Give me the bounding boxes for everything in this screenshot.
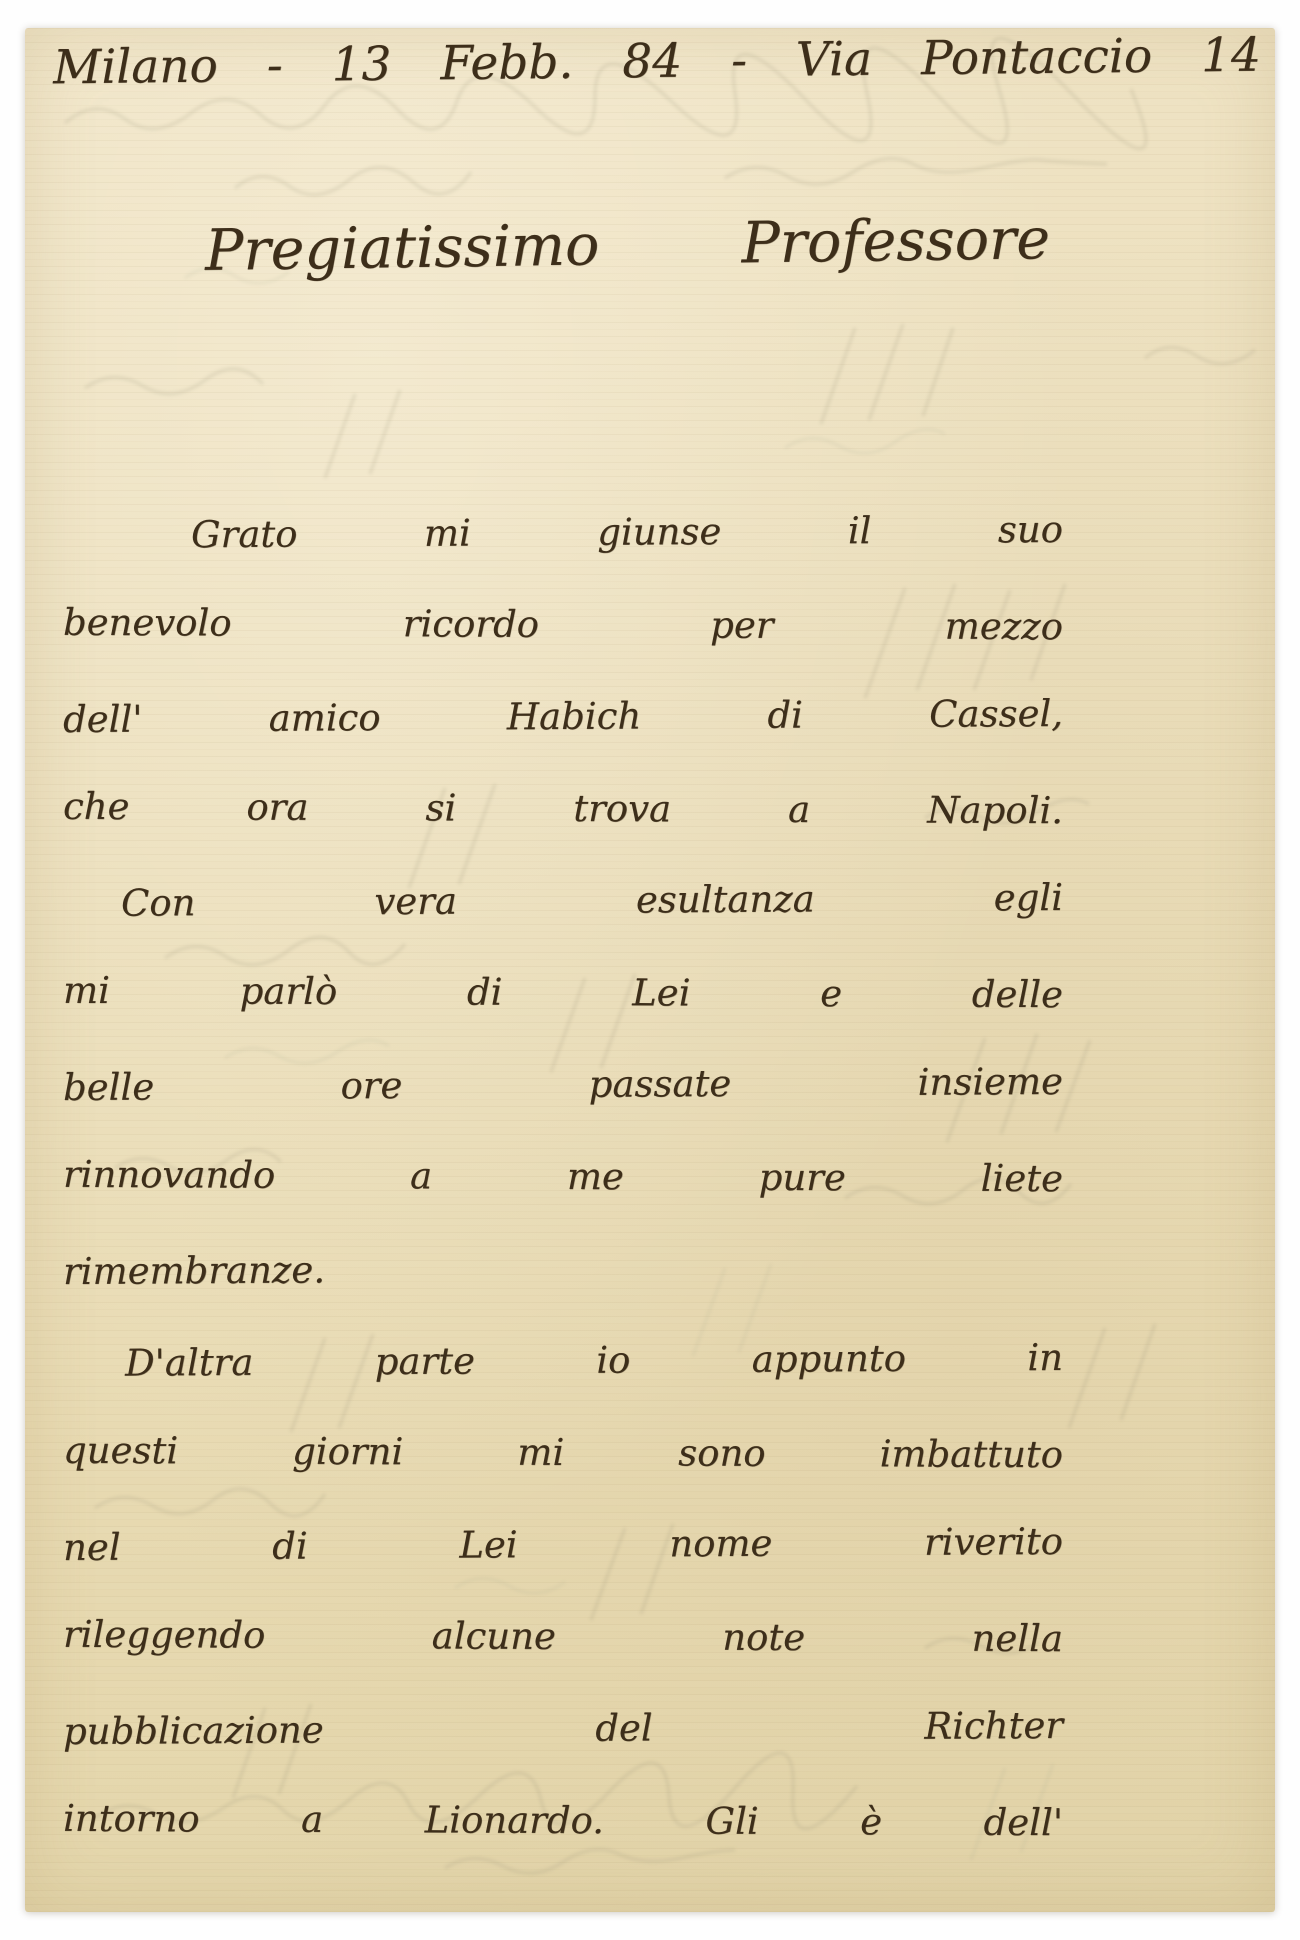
salutation-word: Professore [741,206,1050,276]
dateline-word: - [731,33,747,88]
handwritten-word: vera [374,879,457,923]
handwritten-word: giunse [597,510,721,554]
salutation-word: Pregiatissimo [205,212,600,283]
handwritten-word: riverito [924,1519,1063,1563]
handwritten-line: cheorasitrovaaNapoli. [63,760,1063,856]
handwritten-word: Grato [191,512,298,556]
handwritten-word: di [467,970,503,1013]
letter-salutation: PregiatissimoProfessore [205,206,1051,284]
letter-paragraph: Gratomigiunseilsuobenevoloricordopermezz… [63,486,1063,854]
handwritten-word: delle [972,972,1063,1015]
handwritten-line: benevoloricordopermezzo [63,576,1063,672]
letter-paragraph: D'altraparteioappuntoinquestigiornimison… [63,1314,1063,1866]
handwritten-word: Lei [632,971,690,1014]
handwritten-word: dell' [983,1800,1063,1843]
handwritten-word: pure [759,1155,846,1198]
handwritten-word: io [596,1338,630,1381]
handwritten-word: rileggendo [63,1612,265,1656]
dateline-word: - [266,38,282,93]
handwritten-word: ore [340,1063,402,1106]
handwritten-word: appunto [752,1336,906,1380]
handwritten-word: alcune [432,1614,556,1658]
handwritten-line: rinnovandoamepureliete [63,1128,1063,1224]
handwritten-word: di [272,1524,308,1567]
handwritten-word: si [425,786,456,829]
handwritten-word: pubblicazione [63,1708,324,1753]
handwritten-word: mezzo [945,604,1063,648]
handwritten-word: Napoli. [927,788,1063,832]
handwritten-line: questigiornimisonoimbattuto [63,1404,1063,1500]
handwritten-word: benevolo [63,600,232,644]
handwritten-word: dell' [63,697,143,740]
handwritten-word: note [722,1615,805,1658]
handwritten-word: intorno [63,1796,200,1840]
handwritten-line: neldiLeinomeriverito [63,1495,1064,1593]
letter-body: Gratomigiunseilsuobenevoloricordopermezz… [63,486,1063,1866]
handwritten-word: a [410,1154,432,1197]
handwritten-word: in [1027,1335,1063,1378]
handwritten-word: trova [573,787,671,830]
handwritten-word: nel [63,1525,121,1568]
handwritten-word: Richter [924,1703,1063,1747]
handwritten-word: belle [63,1065,154,1109]
letter-dateline: Milano-13Febb.84-ViaPontaccio14 [53,28,1262,96]
handwritten-word: amico [268,696,380,740]
dateline-word: Milano [53,39,218,96]
handwritten-word: parte [375,1339,475,1383]
dateline-word: Via [796,32,873,88]
handwritten-line: rileggendoalcunenotenella [63,1588,1063,1684]
dateline-word: 13 [331,37,391,93]
handwritten-word: Habich [507,694,642,738]
handwritten-word: mi [517,1430,564,1473]
handwritten-word: Lionardo. [425,1798,605,1842]
letter-paragraph: ConveraesultanzaeglimiparlòdiLeiedellebe… [63,854,1063,1314]
handwritten-line: belleorepassateinsieme [63,1035,1064,1133]
handwritten-word: Cassel, [929,691,1063,735]
handwritten-word: Gli [705,1799,758,1842]
handwritten-word: del [595,1706,653,1749]
handwritten-word: è [860,1800,882,1843]
handwritten-word: D'altra [125,1340,254,1384]
handwritten-word: liete [981,1156,1064,1199]
handwritten-word: mi [63,968,110,1011]
handwritten-word: mi [424,511,471,554]
handwritten-word: parlò [240,969,338,1012]
handwritten-word: imbattuto [880,1432,1064,1476]
letter-paper: Milano-13Febb.84-ViaPontaccio14 Pregiati… [25,28,1275,1912]
handwritten-line: intornoaLionardo.Glièdell' [63,1772,1063,1868]
handwritten-line: pubblicazionedelRichter [63,1679,1064,1777]
dateline-word: Pontaccio [921,29,1153,86]
handwritten-line: dell'amicoHabichdiCassel, [63,667,1064,765]
handwritten-word: nome [669,1521,772,1565]
handwritten-line: rimembranze. [63,1219,1064,1317]
handwritten-word: suo [998,507,1063,550]
handwritten-word: che [63,784,130,827]
handwritten-word: Lei [459,1523,518,1566]
handwritten-word: esultanza [636,877,815,921]
handwritten-word: di [767,693,803,736]
handwritten-line: Gratomigiunseilsuo [63,483,1064,581]
handwritten-word: Con [121,881,196,924]
dateline-word: 84 [622,34,682,90]
handwritten-word: nella [971,1616,1063,1659]
handwritten-word: ricordo [403,602,539,646]
handwritten-word: passate [589,1061,732,1105]
handwritten-word: ora [246,785,308,828]
handwritten-word: il [848,509,872,552]
handwritten-line: Converaesultanzaegli [63,851,1064,949]
handwritten-word: a [788,787,810,830]
handwritten-word: sono [678,1431,766,1474]
dateline-word: 14 [1201,28,1261,84]
handwritten-line: miparlòdiLeiedelle [63,944,1063,1040]
handwritten-word: giorni [292,1429,403,1472]
dateline-word: Febb. [440,35,574,91]
handwritten-word: insieme [917,1059,1063,1103]
handwritten-word: a [301,1797,323,1840]
handwritten-word: per [710,603,773,646]
handwritten-word: rimembranze. [63,1248,325,1293]
handwritten-word: questi [63,1428,178,1472]
handwritten-word: egli [994,875,1064,918]
handwritten-word: rinnovando [63,1152,275,1196]
handwritten-word: me [567,1155,624,1198]
handwritten-line: D'altraparteioappuntoin [63,1311,1064,1409]
handwritten-word: e [820,972,842,1015]
